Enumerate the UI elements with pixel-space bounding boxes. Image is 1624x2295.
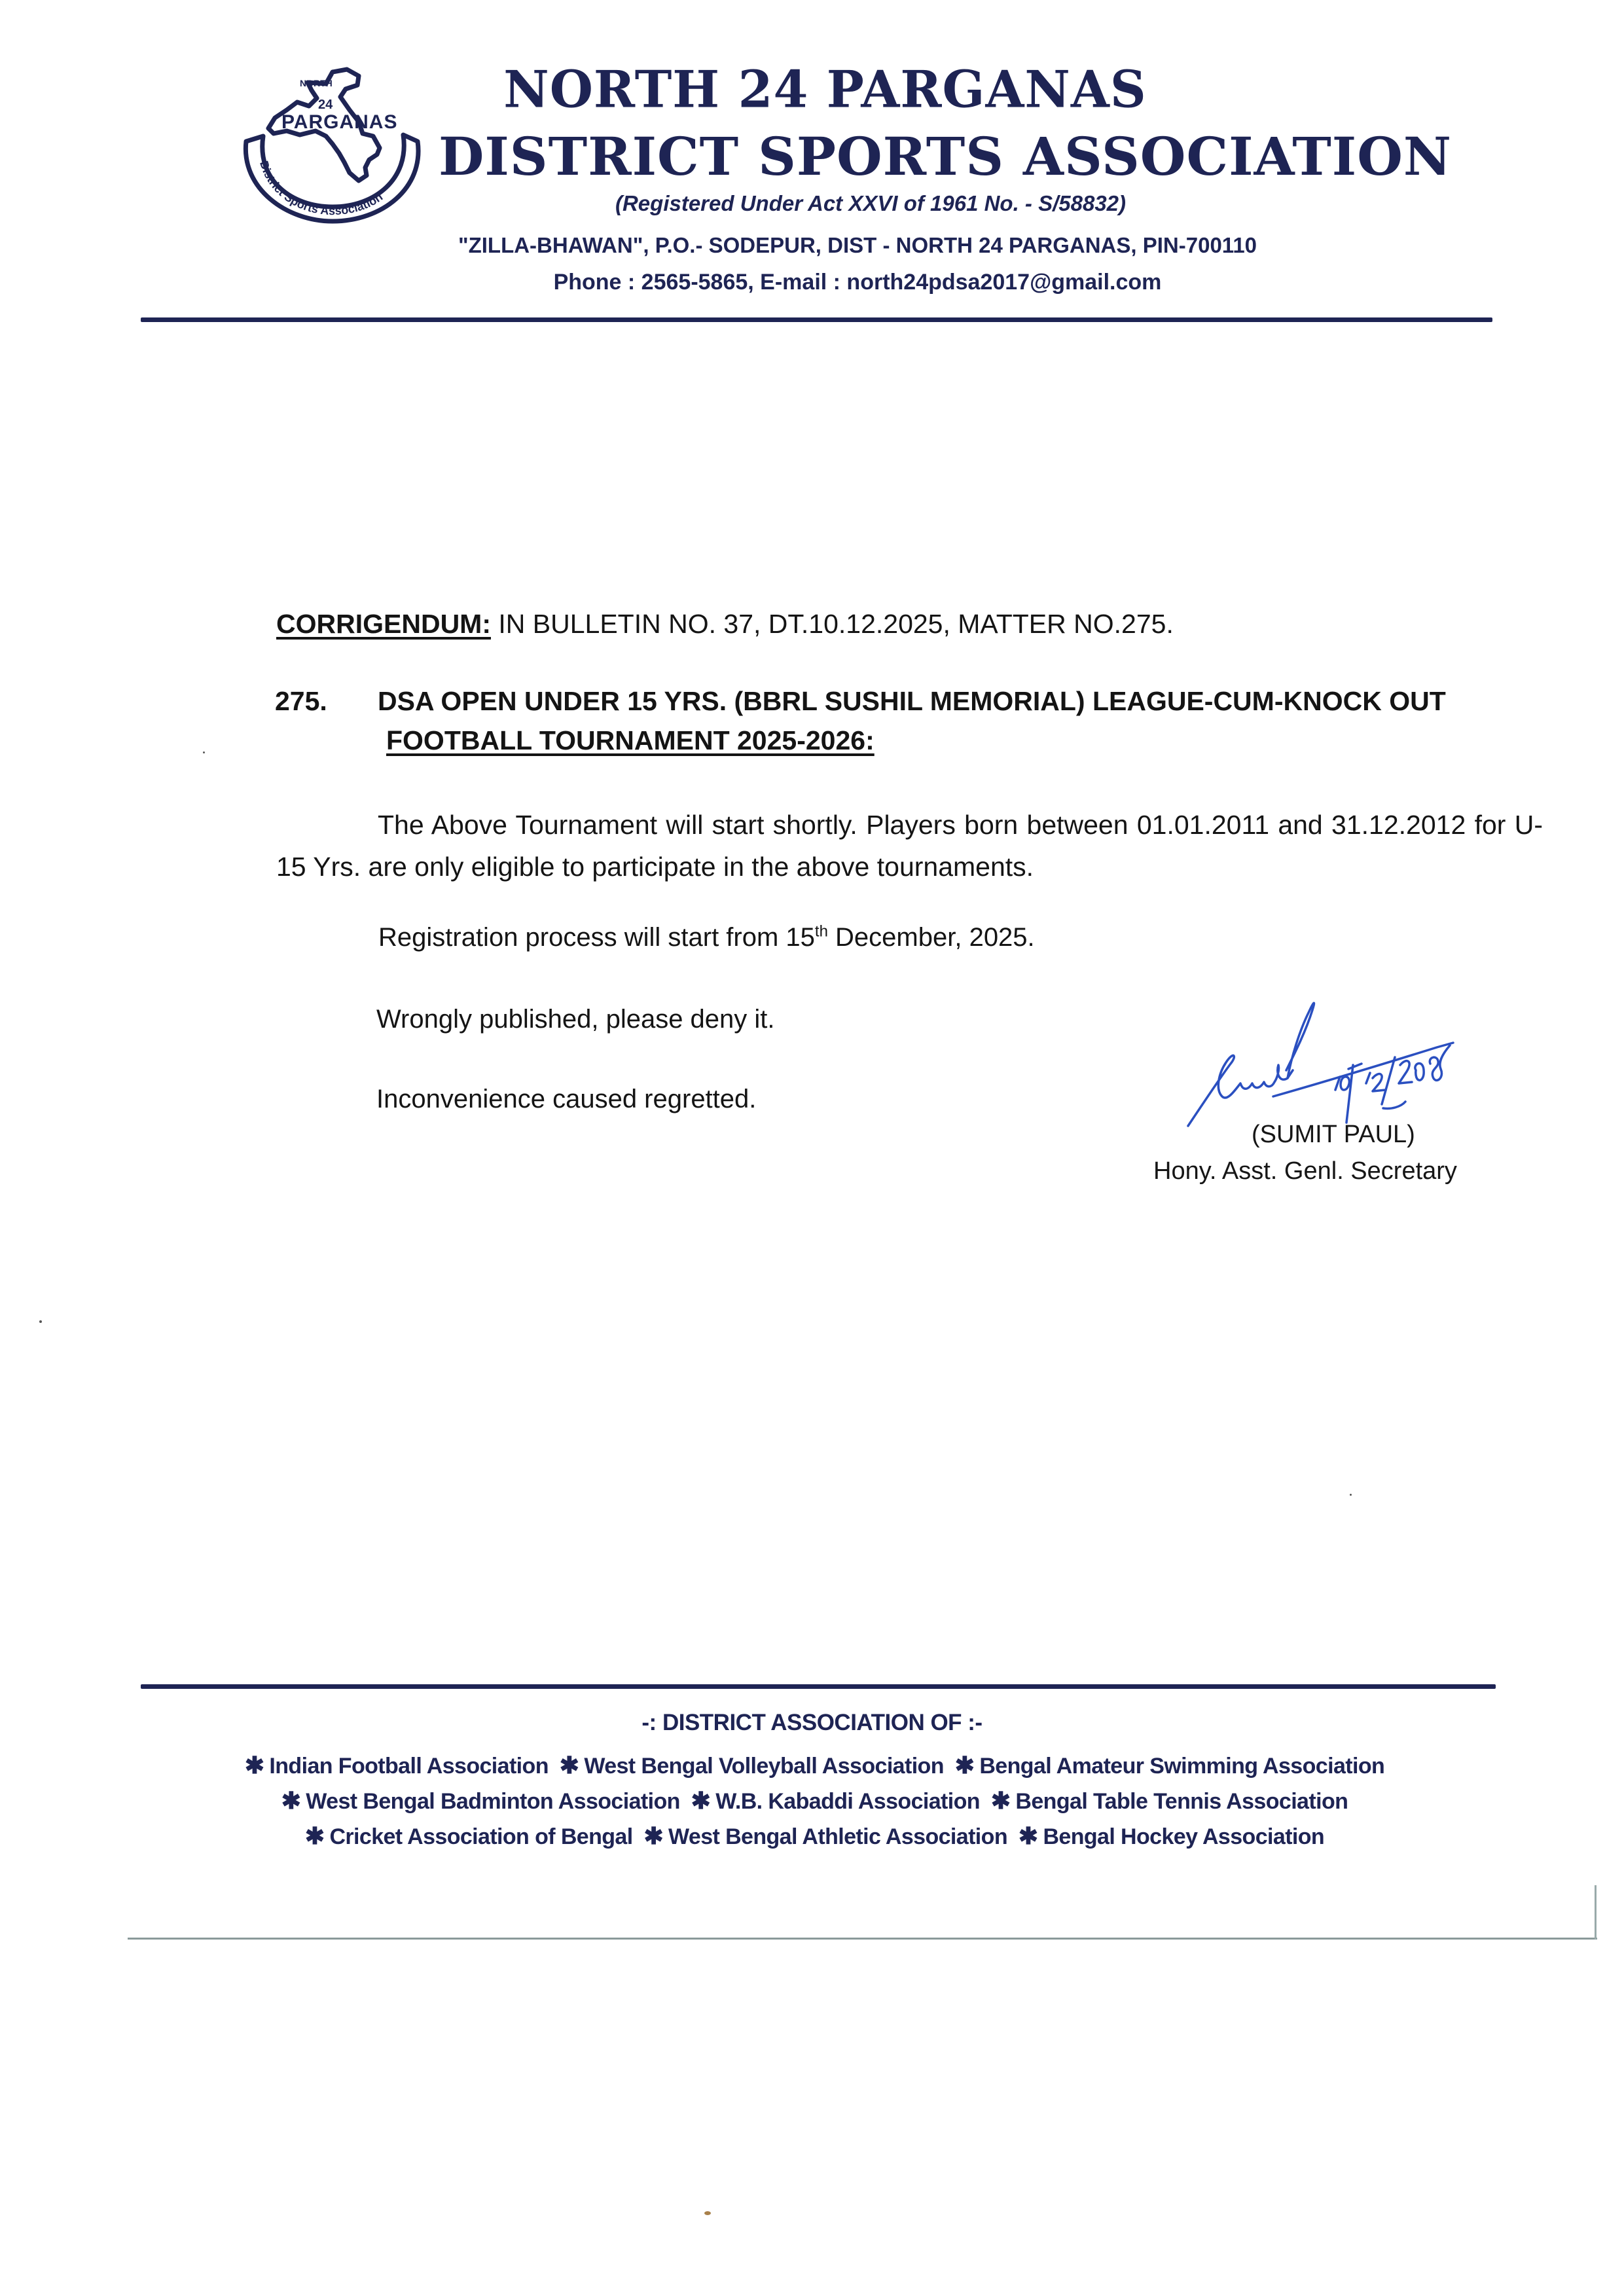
page-edge-line [1595, 1885, 1597, 1940]
scan-speck [704, 2211, 711, 2215]
signatory-designation: Hony. Asst. Genl. Secretary [1153, 1157, 1457, 1185]
page-edge-line [128, 1938, 1597, 1940]
affiliations-line: ✱Cricket Association of Bengal ✱West Ben… [0, 1822, 1624, 1850]
affiliation-item: Bengal Hockey Association [1043, 1824, 1324, 1849]
affiliation-item: West Bengal Athletic Association [668, 1824, 1007, 1849]
signatory-name: (SUMIT PAUL) [1252, 1121, 1415, 1149]
scan-speck [39, 1320, 42, 1323]
regret-paragraph: Inconvenience caused regretted. [376, 1085, 756, 1114]
registration-text: (Registered Under Act XXVI of 1961 No. -… [445, 191, 1296, 216]
affiliation-item: Bengal Amateur Swimming Association [979, 1754, 1384, 1779]
asterisk-bullet-icon: ✱ [305, 1822, 325, 1849]
footer-heading: -: DISTRICT ASSOCIATION OF :- [0, 1710, 1624, 1736]
affiliations-line: ✱Indian Football Association ✱West Benga… [0, 1752, 1624, 1779]
affiliation-item: Cricket Association of Bengal [329, 1824, 632, 1849]
asterisk-bullet-icon: ✱ [245, 1752, 264, 1779]
asterisk-bullet-icon: ✱ [991, 1787, 1011, 1814]
corrigendum-label: CORRIGENDUM: [276, 609, 491, 639]
affiliation-item: West Bengal Volleyball Association [584, 1754, 944, 1779]
affiliation-item: West Bengal Badminton Association [306, 1789, 680, 1814]
ordinal-suffix: th [815, 923, 828, 941]
asterisk-bullet-icon: ✱ [955, 1752, 975, 1779]
matter-title-line1: DSA OPEN UNDER 15 YRS. (BBRL SUSHIL MEMO… [378, 686, 1446, 717]
matter-title-line2: FOOTBALL TOURNAMENT 2025-2026: [386, 725, 875, 756]
scan-speck [1350, 1494, 1352, 1496]
asterisk-bullet-icon: ✱ [560, 1752, 579, 1779]
corrigendum-text: IN BULLETIN NO. 37, DT.10.12.2025, MATTE… [491, 609, 1174, 639]
org-title-line2: DISTRICT SPORTS ASSOCIATION [439, 126, 1303, 187]
contact-text: Phone : 2565-5865, E-mail : north24pdsa2… [393, 270, 1322, 295]
registration-paragraph: Registration process will start from 15t… [378, 923, 1035, 952]
matter-number: 275. [275, 686, 327, 717]
asterisk-bullet-icon: ✱ [691, 1787, 711, 1814]
header-divider [141, 317, 1492, 322]
registration-text-before: Registration process will start from 15 [378, 923, 815, 952]
eligibility-paragraph: The Above Tournament will start shortly.… [276, 804, 1543, 888]
scan-speck [203, 751, 205, 753]
affiliation-item: Bengal Table Tennis Association [1015, 1789, 1348, 1814]
registration-text-after: December, 2025. [828, 923, 1035, 952]
affiliation-item: W.B. Kabaddi Association [715, 1789, 980, 1814]
asterisk-bullet-icon: ✱ [1019, 1822, 1038, 1849]
address-text: "ZILLA-BHAWAN", P.O.- SODEPUR, DIST - NO… [393, 233, 1322, 258]
asterisk-bullet-icon: ✱ [643, 1822, 663, 1849]
affiliation-item: Indian Football Association [269, 1754, 548, 1779]
corrigendum-line: CORRIGENDUM: IN BULLETIN NO. 37, DT.10.1… [276, 609, 1174, 640]
handwritten-signature-icon [1175, 992, 1522, 1142]
org-title-line1: NORTH 24 PARGANAS [0, 60, 1624, 119]
footer-divider [141, 1684, 1496, 1689]
deny-paragraph: Wrongly published, please deny it. [376, 1005, 775, 1034]
affiliations-line: ✱West Bengal Badminton Association ✱W.B.… [0, 1787, 1624, 1815]
asterisk-bullet-icon: ✱ [281, 1787, 301, 1814]
